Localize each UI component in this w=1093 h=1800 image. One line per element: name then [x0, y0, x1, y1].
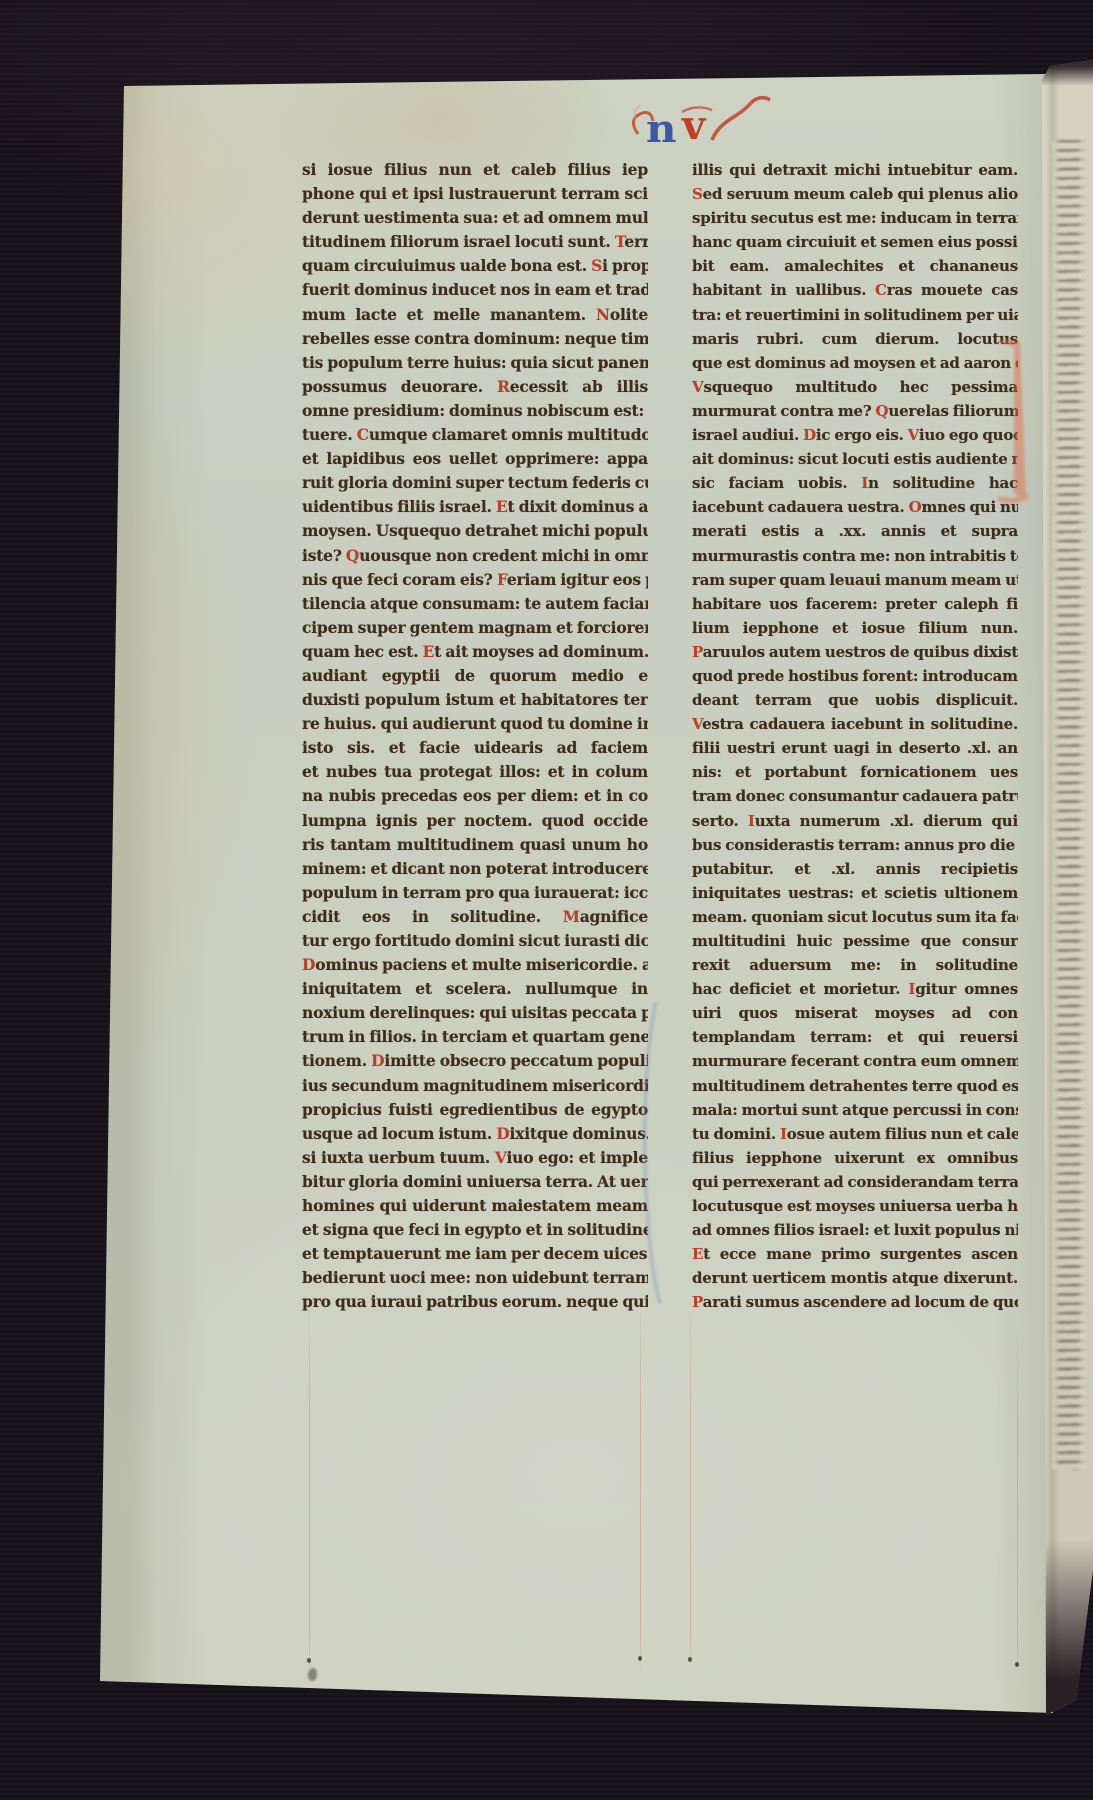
manuscript-text-line: na nubis precedas eos per diem: et in co [302, 784, 648, 808]
text-column-right: illis qui detraxit michi intuebitur eam.… [692, 158, 1018, 1316]
manuscript-text-line: minem: et dicant non poterat introducere [302, 857, 648, 881]
manuscript-text-line: que est dominus ad moysen et ad aaron di… [692, 351, 1018, 375]
manuscript-text-line: tram donec consumantur cadauera patrum i… [692, 784, 1018, 808]
manuscript-text-line: Vsquequo multitudo hec pessima [692, 375, 1018, 399]
manuscript-text-line: trum in filios. in terciam et quartam ge… [302, 1025, 648, 1049]
rubricated-initial: D [803, 426, 816, 444]
manuscript-text-line: tur ergo fortitudo domini sicut iurasti … [302, 929, 648, 953]
photo-backdrop: n v si iosue filius nun et caleb filius … [0, 0, 1093, 1800]
manuscript-text-line: filii uestri erunt uagi in deserto .xl. … [692, 736, 1018, 760]
manuscript-text-line: fuerit dominus inducet nos in eam et tra… [302, 278, 648, 302]
manuscript-text-line: deant terram que uobis displicuit. [692, 688, 1018, 712]
manuscript-text-line: murmurat contra me? Querelas filiorum [692, 399, 1018, 423]
manuscript-text-line: et nubes tua protegat illos: et in colum [302, 760, 648, 784]
manuscript-text-line: Paruulos autem uestros de quibus dixisti… [692, 640, 1018, 664]
pricking-hole [688, 1657, 692, 1662]
rubricated-initial: O [909, 498, 922, 516]
manuscript-text-line: isto sis. et facie uidearis ad faciem [302, 736, 648, 760]
manuscript-text-line: iacebunt cadauera uestra. Omnes qui nu [692, 495, 1018, 519]
manuscript-leaf: n v si iosue filius nun et caleb filius … [96, 70, 1056, 1720]
manuscript-text-line: maris rubri. cum dierum. locutus [692, 327, 1018, 351]
manuscript-text-line: Vestra cadauera iacebunt in solitudine. [692, 712, 1018, 736]
rubricated-initial: I [780, 1125, 787, 1143]
rubricated-initial: E [692, 1245, 703, 1263]
showthrough-blue-arc [642, 998, 662, 1308]
manuscript-text-line: israel audiui. Dic ergo eis. Viuo ego qu… [692, 423, 1018, 447]
manuscript-text-line: mala: mortui sunt atque percussi in cons… [692, 1098, 1018, 1122]
manuscript-text-line: ait dominus: sicut locuti estis audiente… [692, 447, 1018, 471]
manuscript-text-line: et temptauerunt me iam per decem uices n… [302, 1242, 648, 1266]
rubricated-initial: V [692, 715, 702, 733]
manuscript-text-line: lium iepphone et iosue filium nun. [692, 616, 1018, 640]
manuscript-text-line: tilencia atque consumam: te autem faciam… [302, 592, 648, 616]
manuscript-text-line: bit eam. amalechites et chananeus [692, 254, 1018, 278]
ruling-line [690, 1300, 691, 1666]
manuscript-text-line: tionem. Dimitte obsecro peccatum populi … [302, 1049, 648, 1073]
manuscript-text-line: multitudinem detrahentes terre quod esse… [692, 1074, 1018, 1098]
manuscript-text-line: putabitur. et .xl. annis recipietis [692, 857, 1018, 881]
manuscript-text-line: lumpna ignis per noctem. quod occide [302, 809, 648, 833]
manuscript-text-line: populum in terram pro qua iurauerat: icc… [302, 881, 648, 905]
manuscript-text-line: illis qui detraxit michi intuebitur eam. [692, 158, 1018, 182]
manuscript-text-line: cidit eos in solitudine. Magnifice [302, 905, 648, 929]
manuscript-text-line: iniquitatem et scelera. nullumque in [302, 977, 648, 1001]
rubricated-initial: D [371, 1051, 384, 1070]
manuscript-text-line: et signa que feci in egypto et in solitu… [302, 1218, 648, 1242]
manuscript-text-line: rebelles esse contra dominum: neque time… [302, 327, 648, 351]
manuscript-text-line: murmurare fecerant contra eum omnem [692, 1049, 1018, 1073]
manuscript-text-line: habitant in uallibus. Cras mouete cas [692, 278, 1018, 302]
manuscript-text-line: tis populum terre huius: quia sicut pane… [302, 351, 648, 375]
adjacent-page-text-blur [1052, 140, 1086, 1470]
manuscript-text-line: meam. quoniam sicut locutus sum ita faci… [692, 905, 1018, 929]
manuscript-text-line: et lapidibus eos uellet opprimere: appa [302, 447, 648, 471]
manuscript-text-line: multitudini huic pessime que consur [692, 929, 1018, 953]
rubricated-initial: V [908, 426, 919, 444]
rubricated-initial: I [748, 812, 755, 830]
manuscript-text-line: rexit aduersum me: in solitudine [692, 953, 1018, 977]
manuscript-text-line: mum lacte et melle manantem. Nolite [302, 303, 648, 327]
manuscript-text-line: Parati sumus ascendere ad locum de quo [692, 1290, 1018, 1314]
manuscript-text-line: tuere. Cumque clamaret omnis multitudo [302, 423, 648, 447]
manuscript-text-line: nis: et portabunt fornicationem ues [692, 760, 1018, 784]
rubricated-initial: P [692, 1293, 703, 1311]
rubricated-initial: M [563, 907, 580, 926]
manuscript-text-line: Sed seruum meum caleb qui plenus alio [692, 182, 1018, 206]
manuscript-text-line: ruit gloria domini super tectum federis … [302, 471, 648, 495]
rubricated-initial: R [497, 377, 510, 396]
manuscript-text-line: bedierunt uoci mee: non uidebunt terram [302, 1266, 648, 1290]
manuscript-text-line: moysen. Usquequo detrahet michi populus [302, 519, 648, 543]
manuscript-text-line: Et ecce mane primo surgentes ascen [692, 1242, 1018, 1266]
manuscript-text-line: hac deficiet et morietur. Igitur omnes [692, 977, 1018, 1001]
manuscript-text-line: ius secundum magnitudinem misericordie t… [302, 1074, 648, 1098]
rubricated-initial: N [596, 305, 610, 324]
manuscript-text-line: locutusque est moyses uniuersa uerba hec [692, 1194, 1018, 1218]
manuscript-text-line: ris tantam multitudinem quasi unum ho [302, 833, 648, 857]
manuscript-text-line: usque ad locum istum. Dixitque dominus. … [302, 1122, 648, 1146]
rubricated-initial: V [692, 378, 703, 396]
book-fore-edge [1042, 60, 1093, 1725]
manuscript-text-line: spiritu secutus est me: inducam in terra… [692, 206, 1018, 230]
manuscript-text-line: quod prede hostibus forent: introducam u… [692, 664, 1018, 688]
manuscript-text-line: uidentibus filiis israel. Et dixit domin… [302, 495, 648, 519]
text-column-left: si iosue filius nun et caleb filius iepp… [302, 158, 648, 1316]
rubricated-initial: V [495, 1148, 507, 1167]
manuscript-text-line: hanc quam circuiuit et semen eius possid… [692, 230, 1018, 254]
rubricated-initial: Q [875, 402, 888, 420]
ruling-line [309, 1300, 310, 1668]
manuscript-text-line: merati estis a .xx. annis et supra [692, 519, 1018, 543]
running-title-letter-red: v [682, 106, 705, 146]
rubricated-initial: S [692, 185, 703, 203]
manuscript-text-line: audiant egyptii de quorum medio e [302, 664, 648, 688]
rubricated-initial: D [496, 1124, 509, 1143]
manuscript-text-line: cipem super gentem magnam et forciorem [302, 616, 648, 640]
manuscript-text-line: templandam terram: et qui reuersi [692, 1025, 1018, 1049]
manuscript-text-line: titudinem filiorum israel locuti sunt. T… [302, 230, 648, 254]
manuscript-text-line: bitur gloria domini uniuersa terra. At u… [302, 1170, 648, 1194]
manuscript-text-line: nis que feci coram eis? Feriam igitur eo… [302, 568, 648, 592]
manuscript-text-line: habitare uos facerem: preter caleph fi [692, 592, 1018, 616]
manuscript-text-line: sic faciam uobis. In solitudine hac [692, 471, 1018, 495]
ruling-line [1017, 1320, 1018, 1670]
manuscript-text-line: ram super quam leuaui manum meam ut [692, 568, 1018, 592]
rubricated-initial: E [496, 497, 508, 516]
rubricated-initial: S [591, 256, 602, 275]
manuscript-text-line: si iuxta uerbum tuum. Viuo ego: et imple [302, 1146, 648, 1170]
manuscript-text-line: filius iepphone uixerunt ex omnibus [692, 1146, 1018, 1170]
manuscript-text-line: quam hec est. Et ait moyses ad dominum. … [302, 640, 648, 664]
manuscript-text-line: phone qui et ipsi lustrauerunt terram sc… [302, 182, 648, 206]
manuscript-text-line: uiri quos miserat moyses ad con [692, 1001, 1018, 1025]
rubricated-initial: C [357, 425, 369, 444]
manuscript-text-line: noxium derelinques: qui uisitas peccata … [302, 1001, 648, 1025]
manuscript-text-line: tu domini. Iosue autem filius nun et cal… [692, 1122, 1018, 1146]
rubricated-initial: D [302, 955, 315, 974]
manuscript-text-line: Dominus paciens et multe misericordie. a… [302, 953, 648, 977]
manuscript-text-line: si iosue filius nun et caleb filius iep [302, 158, 648, 182]
manuscript-text-line: quam circuiuimus ualde bona est. Si prop… [302, 254, 648, 278]
manuscript-text-line: derunt uerticem montis atque dixerunt. [692, 1266, 1018, 1290]
pricking-hole [1015, 1662, 1019, 1667]
manuscript-text-line: ad omnes filios israel: et luxit populus… [692, 1218, 1018, 1242]
manuscript-text-line: qui perrexerant ad considerandam terram. [692, 1170, 1018, 1194]
running-title-letter-blue: n [646, 110, 677, 149]
rubricated-initial: P [692, 643, 703, 661]
ink-blot [308, 1668, 317, 1681]
manuscript-text-line: omne presidium: dominus nobiscum est: no… [302, 399, 648, 423]
manuscript-text-line: serto. Iuxta numerum .xl. dierum qui [692, 809, 1018, 833]
ruling-line [640, 1300, 641, 1666]
manuscript-text-line: re huius. qui audierunt quod tu domine i… [302, 712, 648, 736]
rubricated-initial: Q [346, 546, 359, 565]
manuscript-text-line: iste? Quousque non credent michi in omni… [302, 544, 648, 568]
rubricated-initial: E [423, 642, 435, 661]
rubricated-initial: C [875, 281, 887, 299]
pricking-hole [307, 1658, 311, 1663]
manuscript-text-line: iniquitates uestras: et scietis ultionem [692, 881, 1018, 905]
manuscript-text-line: propicius fuisti egredientibus de egypto [302, 1098, 648, 1122]
manuscript-text-line: possumus deuorare. Recessit ab illis [302, 375, 648, 399]
manuscript-text-line: pro qua iuraui patribus eorum. neque qui… [302, 1290, 648, 1314]
manuscript-text-line: bus considerastis terram: annus pro die … [692, 833, 1018, 857]
pricking-hole [638, 1656, 642, 1661]
manuscript-text-line: homines qui uiderunt maiestatem meam [302, 1194, 648, 1218]
rubricated-initial: T [615, 232, 625, 251]
manuscript-text-line: murmurastis contra me: non intrabitis te… [692, 544, 1018, 568]
manuscript-text-line: duxisti populum istum et habitatores ter [302, 688, 648, 712]
rubricated-initial: F [497, 570, 507, 589]
showthrough-red-initial [990, 332, 1040, 504]
manuscript-text-line: derunt uestimenta sua: et ad omnem mul [302, 206, 648, 230]
manuscript-text-line: tra: et reuertimini in solitudinem per u… [692, 303, 1018, 327]
